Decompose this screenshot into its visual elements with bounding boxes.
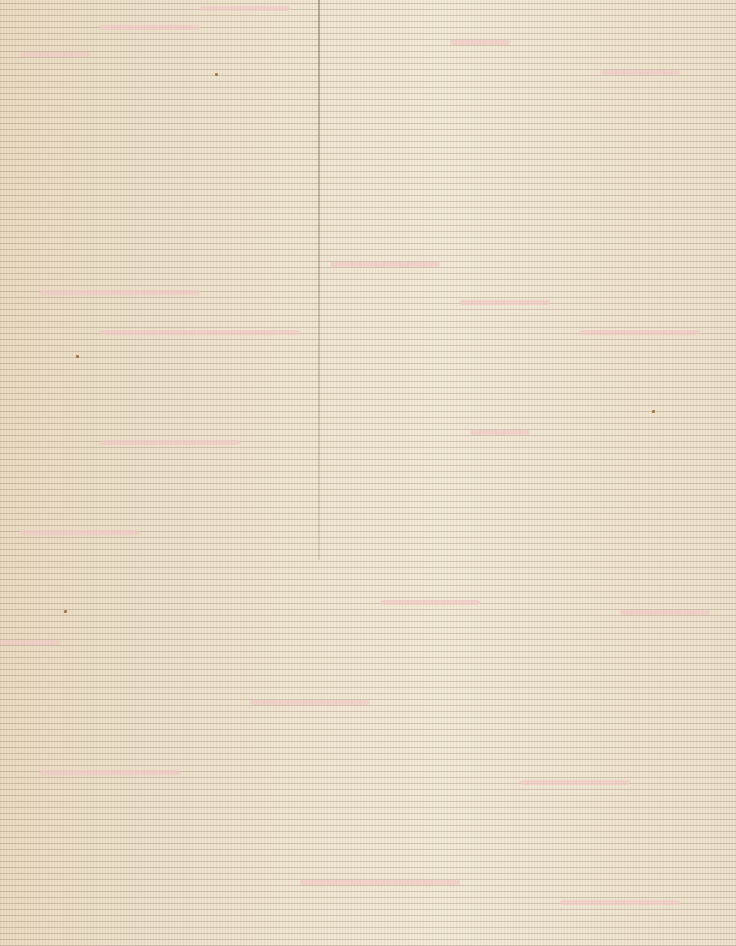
fiber-speck bbox=[652, 410, 655, 413]
pink-streak bbox=[100, 25, 200, 30]
pink-streak bbox=[560, 900, 680, 905]
pink-streak bbox=[470, 430, 530, 435]
fiber-speck bbox=[64, 610, 67, 613]
pink-streak bbox=[200, 6, 290, 11]
pink-streak bbox=[600, 70, 680, 75]
fiber-speck bbox=[76, 355, 79, 358]
rug-texture-photo bbox=[0, 0, 736, 946]
pink-streak bbox=[460, 300, 550, 305]
pink-streak bbox=[0, 640, 60, 645]
pink-streak bbox=[20, 530, 140, 535]
pink-streak bbox=[380, 600, 480, 605]
pink-streak bbox=[40, 770, 180, 775]
rug-seam bbox=[318, 0, 320, 560]
pink-streak bbox=[450, 40, 510, 45]
pink-streak bbox=[250, 700, 370, 705]
pink-streak bbox=[520, 780, 630, 785]
pink-streak bbox=[330, 262, 440, 267]
pink-streak bbox=[40, 290, 200, 295]
pink-streak bbox=[300, 880, 460, 885]
pink-streak bbox=[620, 610, 710, 615]
pink-streak bbox=[100, 330, 300, 335]
pink-streak bbox=[20, 52, 90, 57]
fiber-speck bbox=[215, 73, 218, 76]
pink-streak bbox=[100, 440, 240, 445]
pink-streak bbox=[580, 330, 700, 335]
